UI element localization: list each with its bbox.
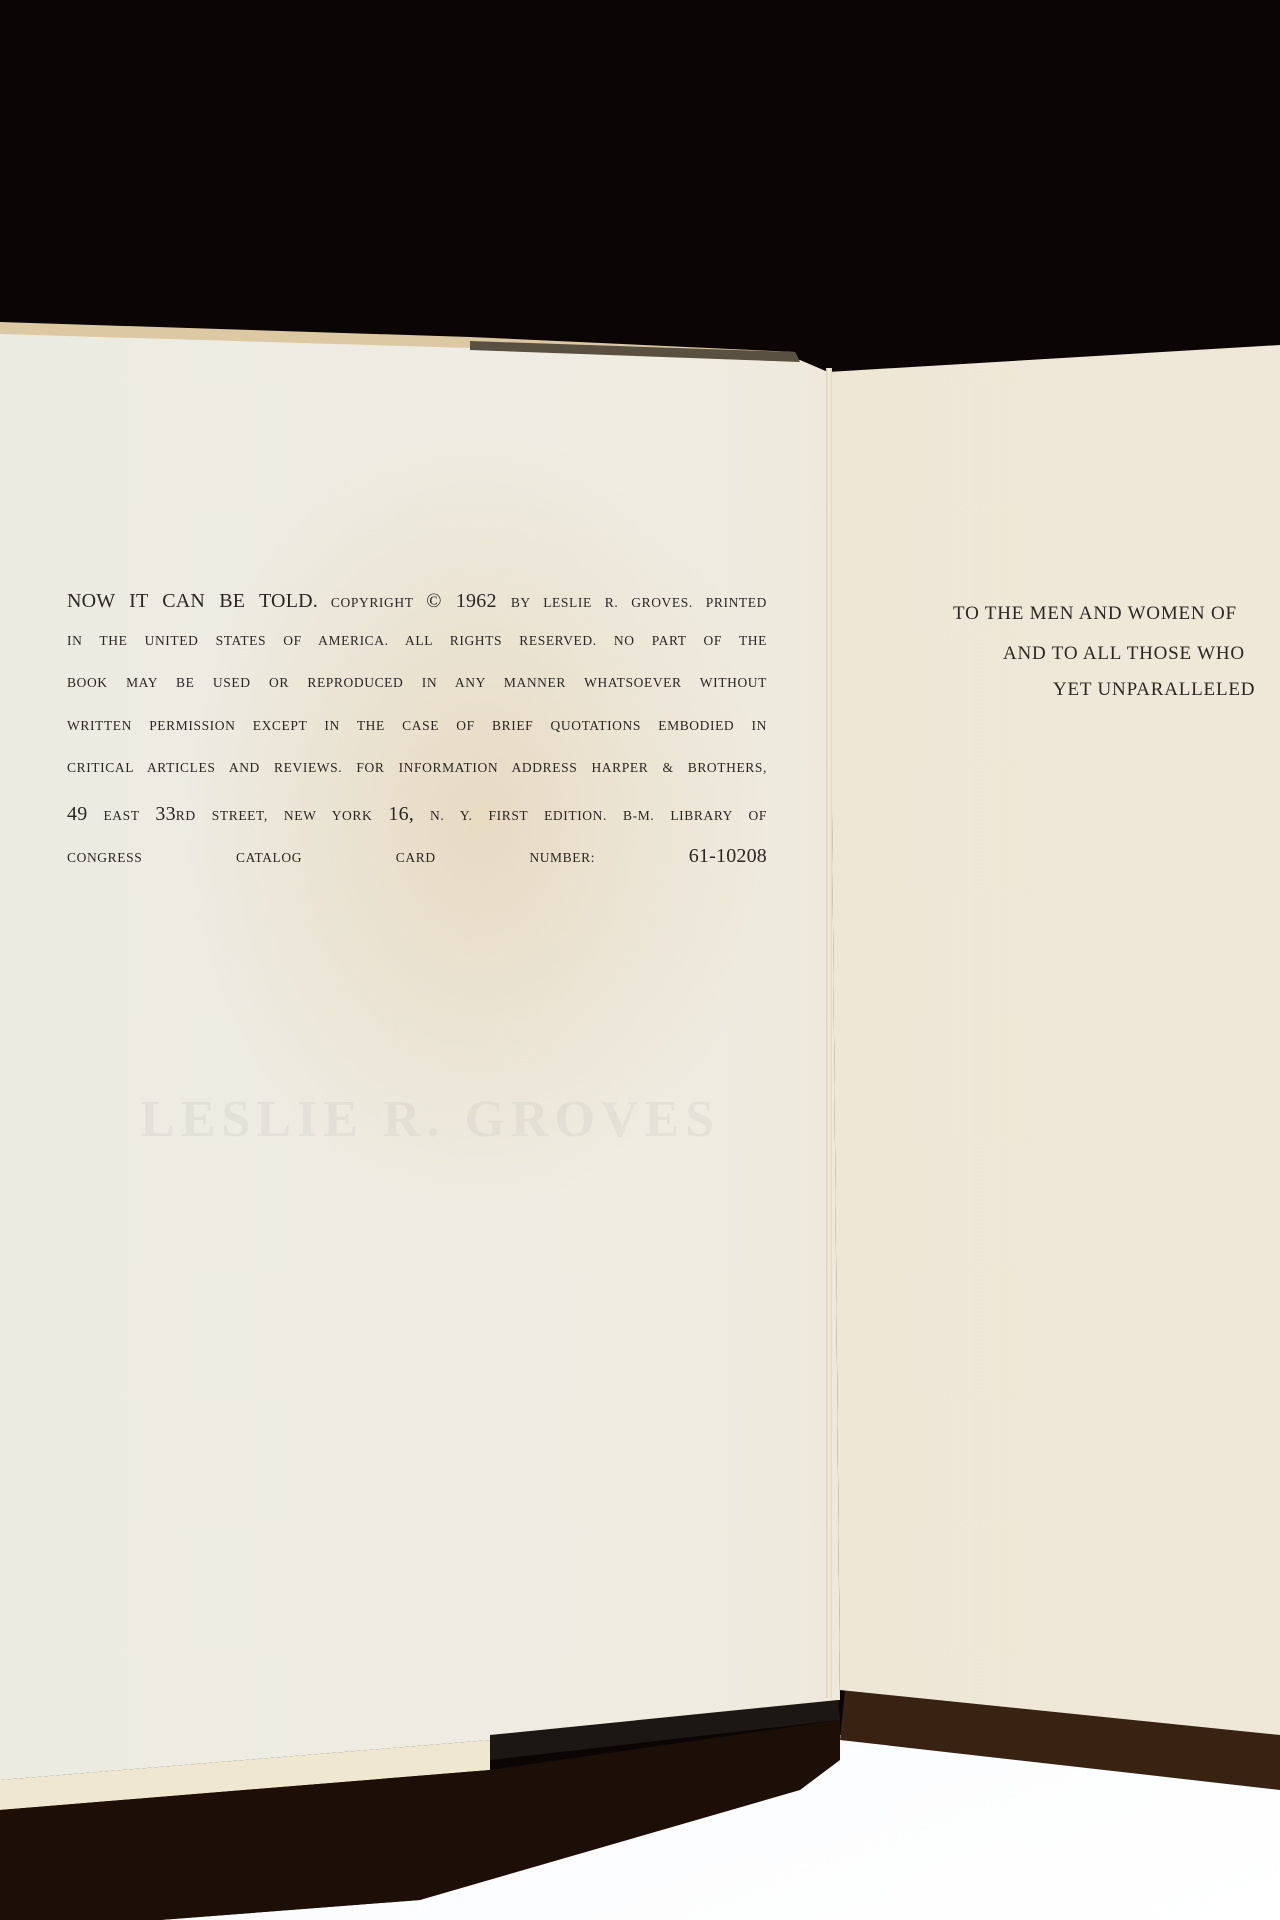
photo-scene: LESLIE R. GROVES NOW IT CAN BE TOLD. COP… <box>0 0 1280 1920</box>
copyright-text-run: BOOK MAY BE USED OR REPRODUCED IN ANY MA… <box>67 675 767 690</box>
copyright-text-run: 61-10208 <box>689 845 767 867</box>
dedication-line: YET UNPARALLELED <box>1053 679 1280 719</box>
copyright-line: NOW IT CAN BE TOLD. COPYRIGHT © 1962 BY … <box>67 590 767 633</box>
copyright-text-run: EAST <box>87 808 155 823</box>
copyright-line: 49 EAST 33RD STREET, NEW YORK 16, N. Y. … <box>67 803 767 846</box>
copyright-text-run: © <box>426 590 441 612</box>
copyright-text-run: 33 <box>155 803 175 825</box>
copyright-text-run: 16, <box>388 803 414 825</box>
copyright-line: IN THE UNITED STATES OF AMERICA. ALL RIG… <box>67 633 767 676</box>
book-gutter <box>826 368 832 1698</box>
copyright-text-run: COPYRIGHT <box>318 595 426 610</box>
bleed-through-text: LESLIE R. GROVES <box>140 1090 720 1149</box>
copyright-text-run: CONGRESS CATALOG CARD NUMBER: <box>67 850 689 865</box>
copyright-text-run: BY LESLIE R. GROVES. PRINTED <box>511 595 767 610</box>
dedication: TO THE MEN AND WOMEN OF AND TO ALL THOSE… <box>953 603 1280 719</box>
copyright-text-run: WRITTEN PERMISSION EXCEPT IN THE CASE OF… <box>67 718 767 733</box>
copyright-notice: NOW IT CAN BE TOLD. COPYRIGHT © 1962 BY … <box>67 590 767 888</box>
copyright-text-run: IN THE UNITED STATES OF AMERICA. ALL RIG… <box>67 633 767 648</box>
copyright-line: WRITTEN PERMISSION EXCEPT IN THE CASE OF… <box>67 718 767 761</box>
copyright-text-run: 1962 <box>442 590 511 612</box>
copyright-text-run: CRITICAL ARTICLES AND REVIEWS. FOR INFOR… <box>67 760 767 775</box>
copyright-text-run: NOW IT CAN BE TOLD. <box>67 590 318 612</box>
copyright-text-run: RD STREET, NEW YORK <box>176 808 389 823</box>
copyright-line: CRITICAL ARTICLES AND REVIEWS. FOR INFOR… <box>67 760 767 803</box>
dedication-line: TO THE MEN AND WOMEN OF <box>953 603 1280 643</box>
copyright-text-run: N. Y. FIRST EDITION. B-M. LIBRARY OF <box>414 808 767 823</box>
copyright-line: BOOK MAY BE USED OR REPRODUCED IN ANY MA… <box>67 675 767 718</box>
copyright-line: CONGRESS CATALOG CARD NUMBER: 61-10208 <box>67 845 767 888</box>
dedication-line: AND TO ALL THOSE WHO <box>1003 643 1280 679</box>
copyright-text-run: 49 <box>67 803 87 825</box>
